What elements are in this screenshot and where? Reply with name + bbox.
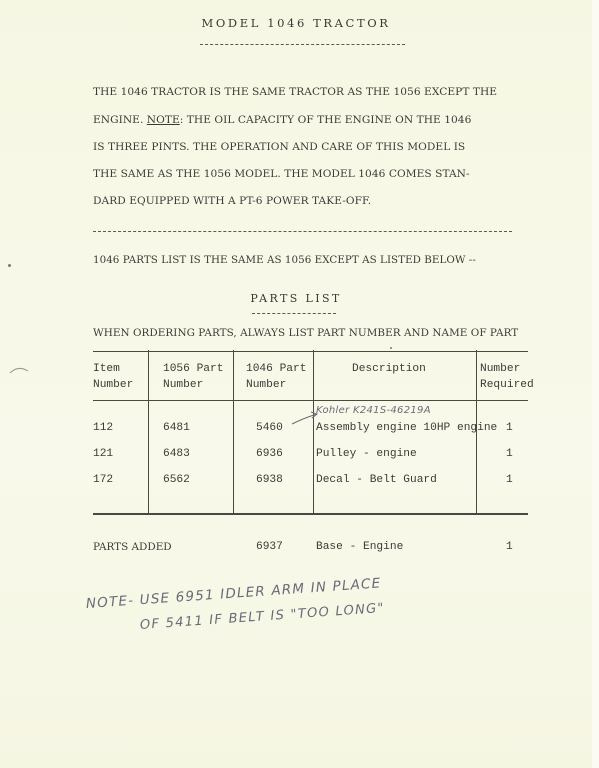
cell-1046-part: 5460 [256,422,283,434]
cell-number-required: 1 [506,422,513,434]
header-number-required: Number Required [480,361,534,393]
cell-number-required: 1 [506,474,513,486]
intro-line-2: ENGINE. NOTE: THE OIL CAPACITY OF THE EN… [93,114,471,126]
cell-description: Pulley - engine [316,448,417,460]
cell-item-number: 112 [93,422,113,434]
table-header-rule [93,400,528,401]
parts-list-title: PARTS LIST [0,292,592,305]
parts-added-part-number: 6937 [256,541,283,553]
document-title: MODEL 1046 TRACTOR [0,16,592,30]
scan-mark-icon [8,365,30,375]
cell-description: Decal - Belt Guard [316,474,437,486]
parts-added-description: Base - Engine [316,541,403,553]
cell-1056-part: 6483 [163,448,190,460]
table-col-divider [148,350,149,514]
parts-intro: 1046 PARTS LIST IS THE SAME AS 1056 EXCE… [93,254,476,266]
intro-line-4: THE SAME AS THE 1056 MODEL. THE MODEL 10… [93,168,470,180]
ordering-note: WHEN ORDERING PARTS, ALWAYS LIST PART NU… [93,327,518,339]
intro-line-1: THE 1046 TRACTOR IS THE SAME TRACTOR AS … [93,86,497,98]
cell-1046-part: 6938 [256,474,283,486]
intro-line-3: IS THREE PINTS. THE OPERATION AND CARE O… [93,141,465,153]
cell-description: Assembly engine 10HP engine [316,422,497,434]
handwritten-note-line-2: OF 5411 IF BELT IS "TOO LONG" [139,601,385,633]
cell-item-number: 121 [93,448,113,460]
cell-number-required: 1 [506,448,513,460]
header-1046-part-number: 1046 Part Number [246,361,306,393]
title-underline [200,44,405,45]
note-label: NOTE [147,114,180,126]
table-top-rule [93,351,528,352]
cell-item-number: 172 [93,474,113,486]
cell-1046-part: 6936 [256,448,283,460]
intro-line-2-start: ENGINE. [93,114,147,126]
table-bottom-rule [93,513,528,515]
intro-line-5: DARD EQUIPPED WITH A PT-6 POWER TAKE-OFF… [93,195,371,207]
parts-list-underline [252,313,336,314]
section-divider [93,231,512,232]
header-item-number: Item Number [93,361,133,393]
table-col-divider [313,350,314,514]
scanned-page: MODEL 1046 TRACTOR THE 1046 TRACTOR IS T… [0,0,592,768]
table-col-divider [233,350,234,514]
scan-speck [390,347,392,349]
handwritten-engine-model: Kohler K241S-46219A [316,405,431,416]
parts-added-label: PARTS ADDED [93,541,172,553]
cell-1056-part: 6481 [163,422,190,434]
page-edge [592,0,599,768]
header-description: Description [352,361,426,377]
cell-1056-part: 6562 [163,474,190,486]
parts-added-required: 1 [506,541,513,553]
scan-speck [8,264,11,267]
header-1056-part-number: 1056 Part Number [163,361,223,393]
note-text: : THE OIL CAPACITY OF THE ENGINE ON THE … [180,114,472,126]
